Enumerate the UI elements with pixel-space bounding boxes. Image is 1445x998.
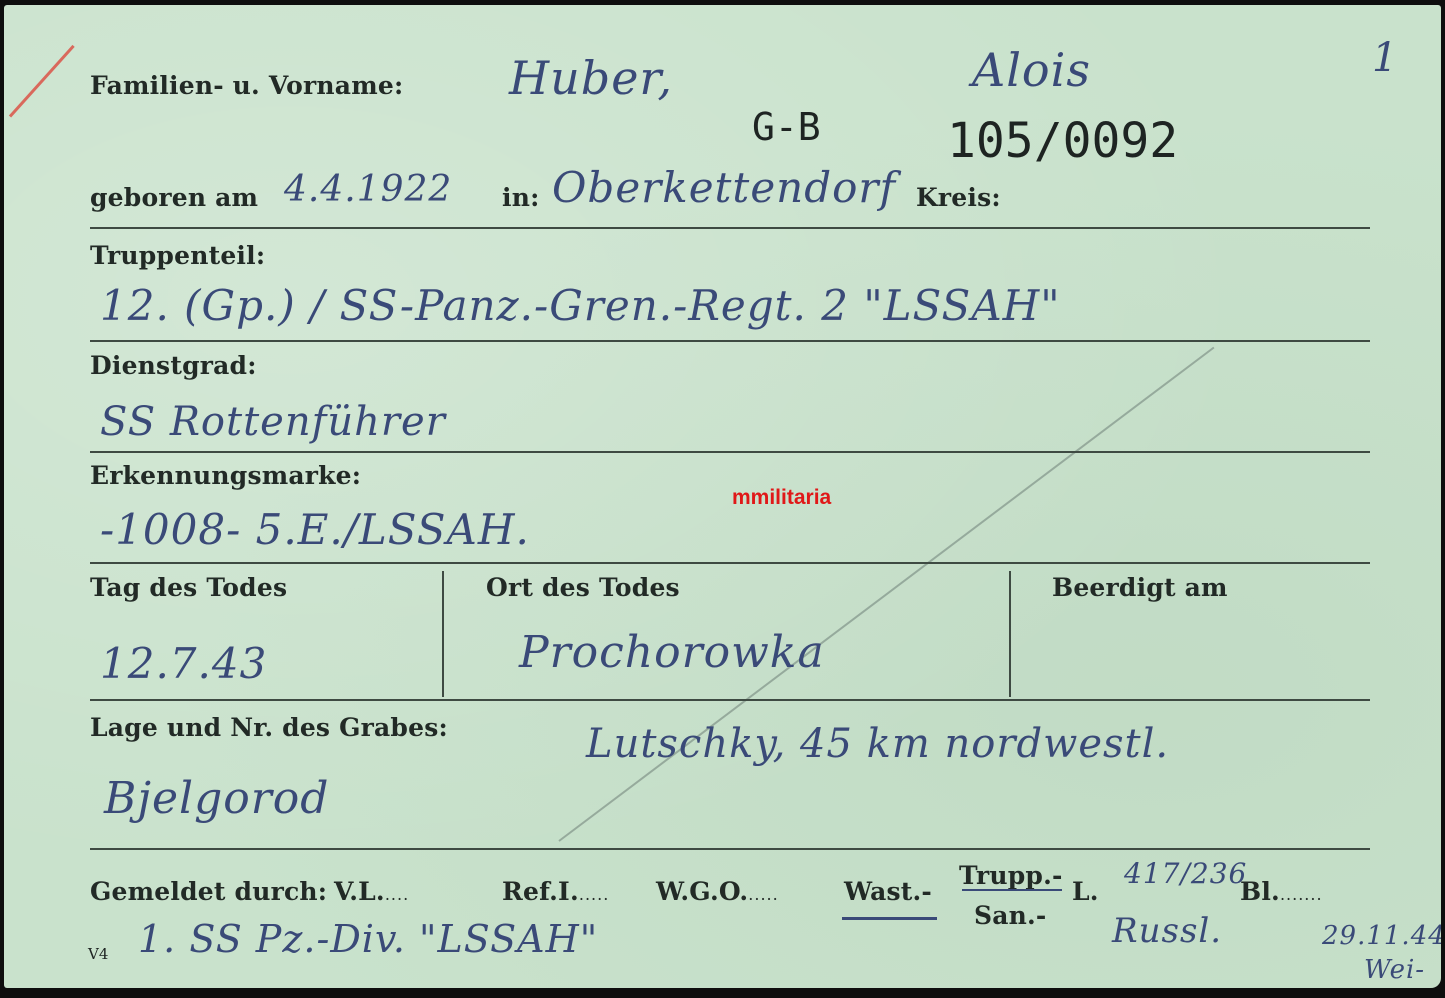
column-divider [442,571,444,697]
san-value: Russl. [1112,911,1222,951]
wast-underline [842,917,937,920]
trupp-label: Trupp.- [959,861,1063,890]
corner-number: 1 [1372,35,1398,81]
stamp-prefix: G-B [752,105,821,149]
san-label: San.- [974,901,1047,930]
reported-option-vl: V.L..... [334,877,409,906]
birth-place-value: Oberkettendorf [552,163,896,212]
watermark: mmilitaria [732,486,831,510]
death-place-value: Prochorowka [519,627,825,678]
birth-place-label: in: [502,183,540,212]
report-date: 29.11.44 [1322,921,1441,951]
divider [90,340,1370,342]
district-label: Kreis: [916,183,1001,212]
form-code: V4 [88,945,108,963]
unit-label: Truppenteil: [90,241,265,270]
trupp-underline [962,889,1062,891]
id-tag-label: Erkennungsmarke: [90,461,361,490]
rank-value: SS Rottenführer [100,399,446,445]
grave-value-line2: Bjelgorod [104,773,329,824]
buried-label: Beerdigt am [1052,573,1228,602]
reporter-value: 1. SS Pz.-Div. "LSSAH" [138,917,598,961]
bl-label: Bl........ [1240,877,1323,906]
reported-label: Gemeldet durch: [90,877,327,906]
death-record-card: 1 Familien- u. Vorname: Huber, Alois G-B… [4,5,1441,988]
l-value: 417/236 [1124,857,1247,890]
reported-option-wgo: W.G.O...... [656,877,779,906]
death-date-label: Tag des Todes [90,573,287,602]
surname-value: Huber, [509,51,673,105]
grave-value-line1: Lutschky, 45 km nordwestl. [586,721,1169,767]
divider [90,562,1370,564]
grave-label: Lage und Nr. des Grabes: [90,713,448,742]
divider [90,699,1370,701]
divider [90,227,1370,229]
divider [90,848,1370,850]
divider [90,451,1370,453]
unit-value: 12. (Gp.) / SS-Panz.-Gren.-Regt. 2 "LSSA… [100,281,1061,330]
red-pencil-mark [9,45,75,118]
birth-date-label: geboren am [90,183,258,212]
birth-date-value: 4.4.1922 [284,169,452,210]
l-label: L. [1072,877,1099,906]
reported-option-wast: Wast.- [844,877,932,906]
given-name-value: Alois [972,43,1091,97]
stamp-number: 105/0092 [947,113,1178,169]
name-label: Familien- u. Vorname: [90,71,403,100]
death-place-label: Ort des Todes [486,573,680,602]
reporter-initials: Wei- [1364,955,1425,985]
rank-label: Dienstgrad: [90,351,257,380]
death-date-value: 12.7.43 [100,639,267,688]
column-divider [1009,571,1011,697]
id-tag-value: -1008- 5.E./LSSAH. [100,505,530,554]
reported-option-ref: Ref.I...... [502,877,609,906]
